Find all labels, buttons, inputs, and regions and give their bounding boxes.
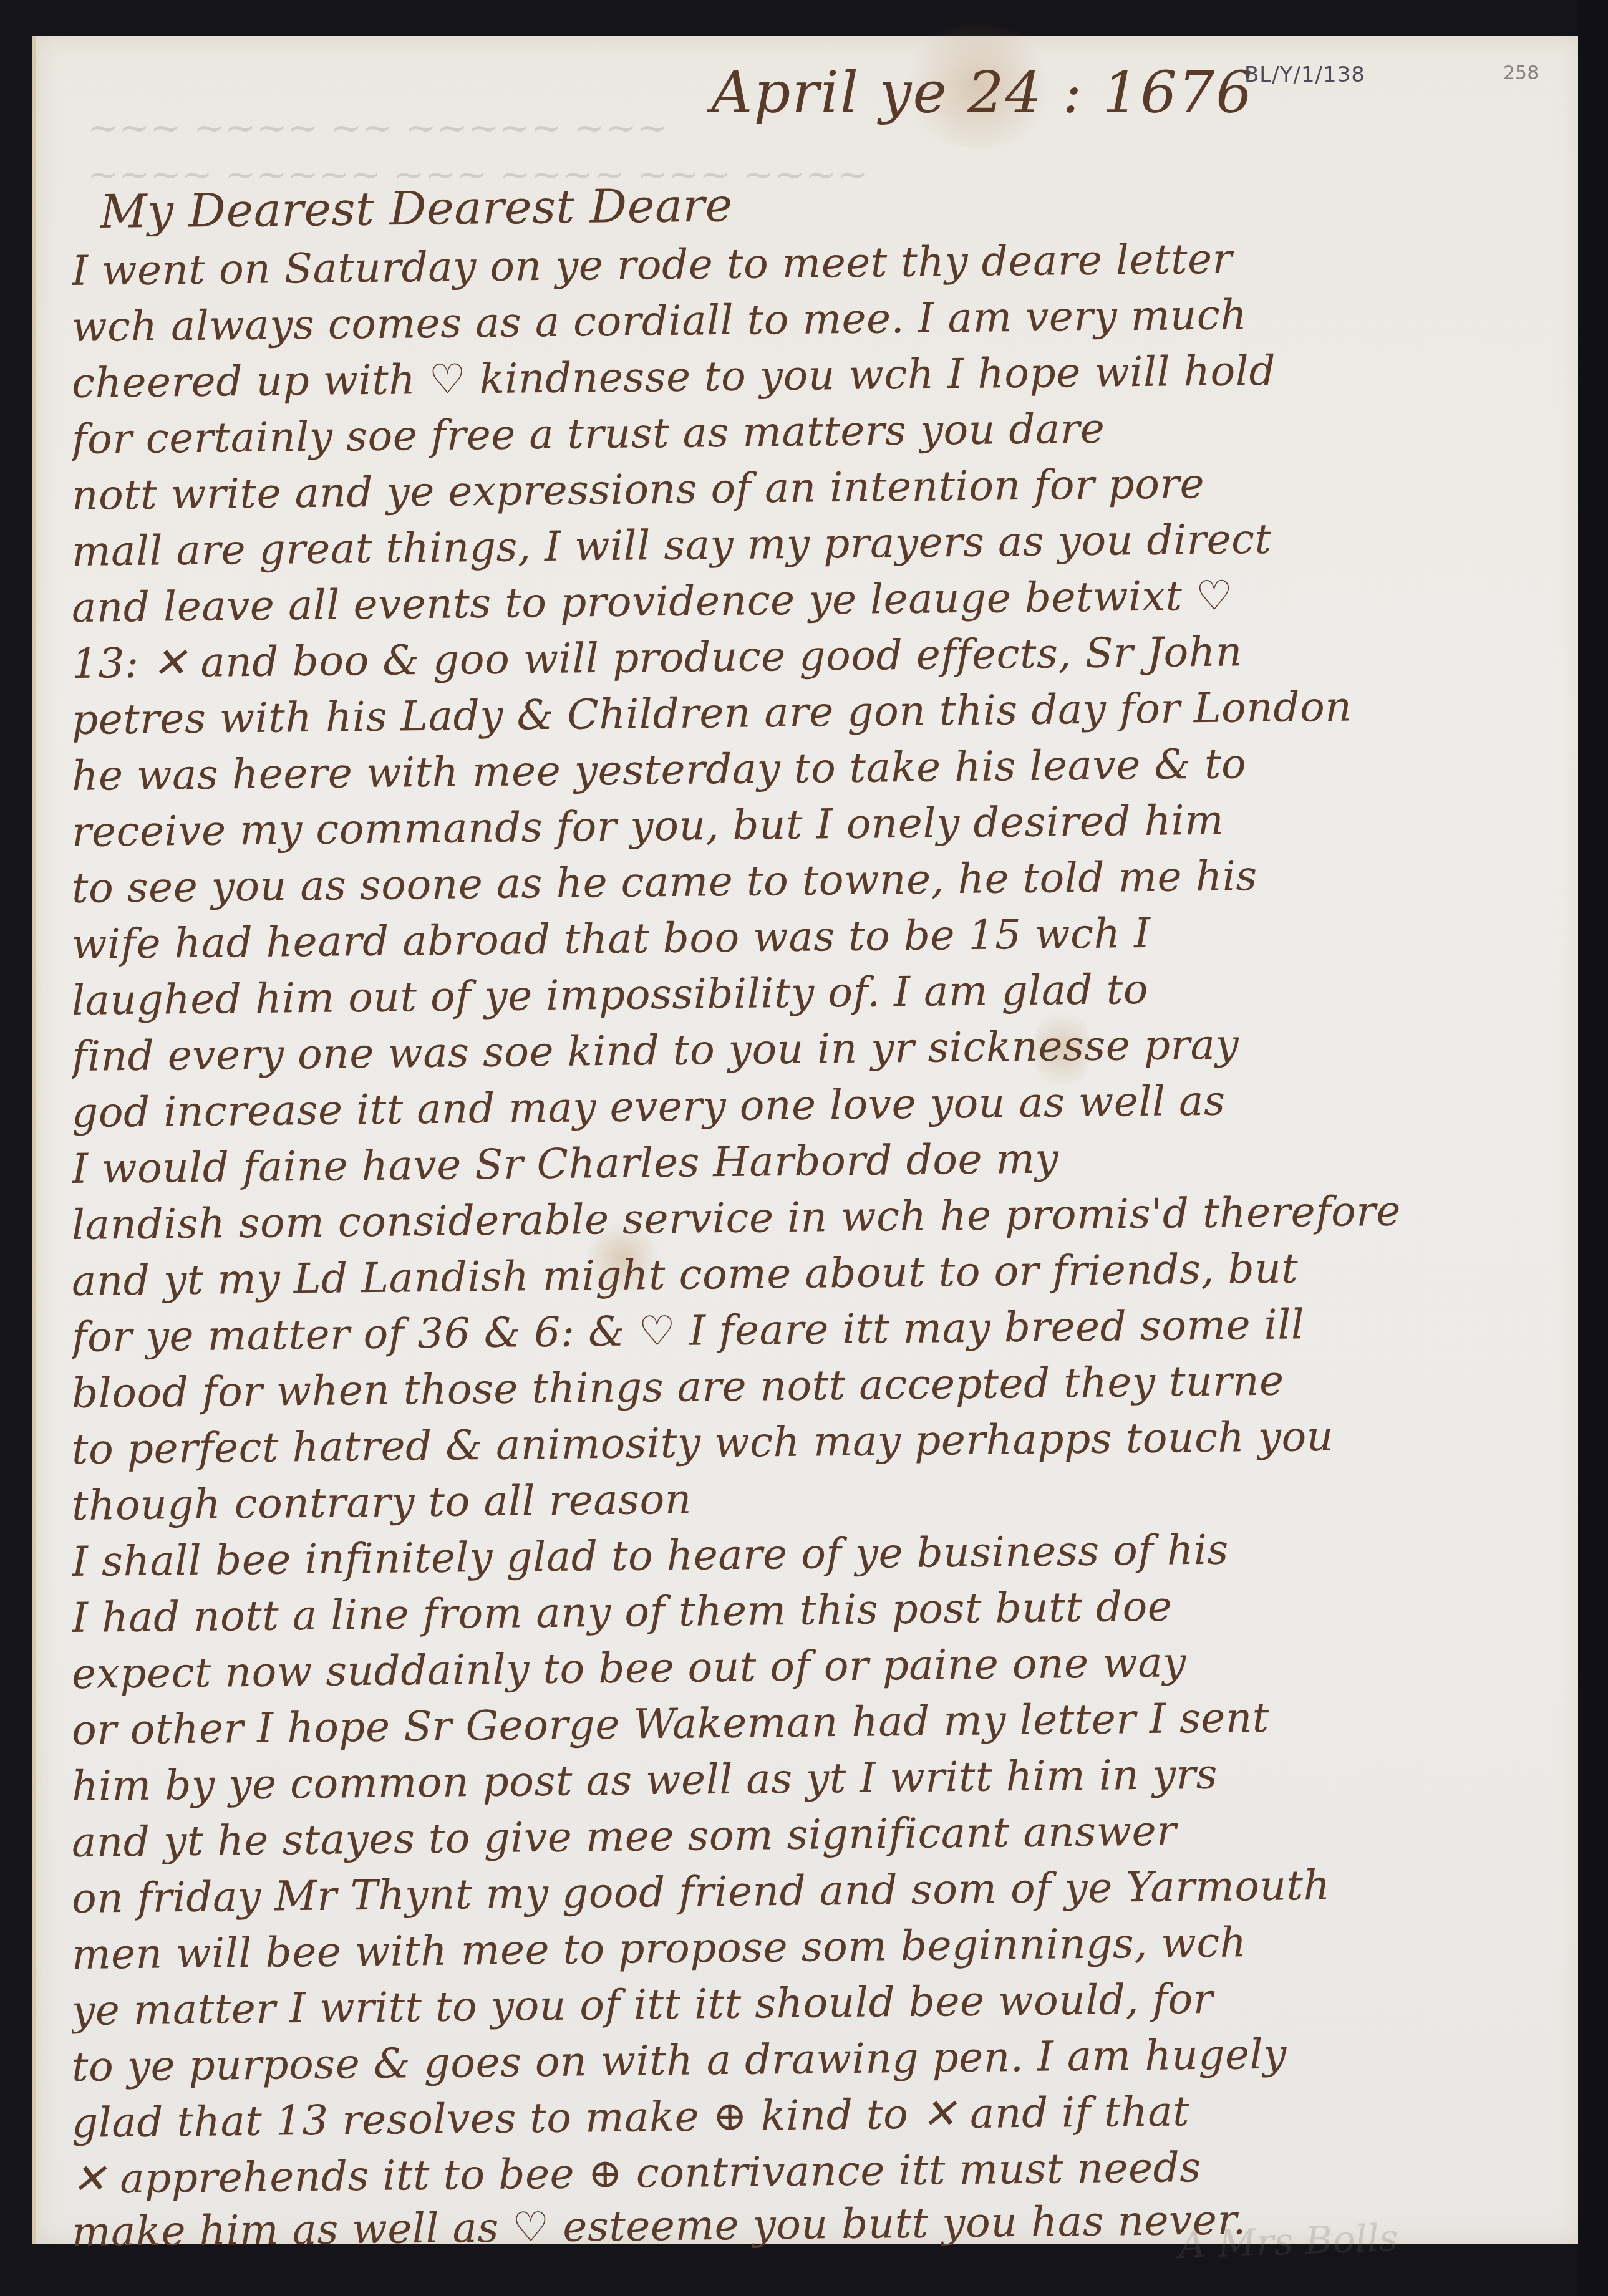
folio-number: 258 (1503, 62, 1539, 84)
letter-date: April ye 24 : 1676 (711, 59, 1254, 126)
bleed-through-text: ~~~ ~~~~ ~~ ~~~~~ ~~~ (87, 106, 668, 150)
archive-shelfmark: BL/Y/1/138 (1244, 62, 1365, 87)
scan-border (1578, 0, 1608, 2296)
